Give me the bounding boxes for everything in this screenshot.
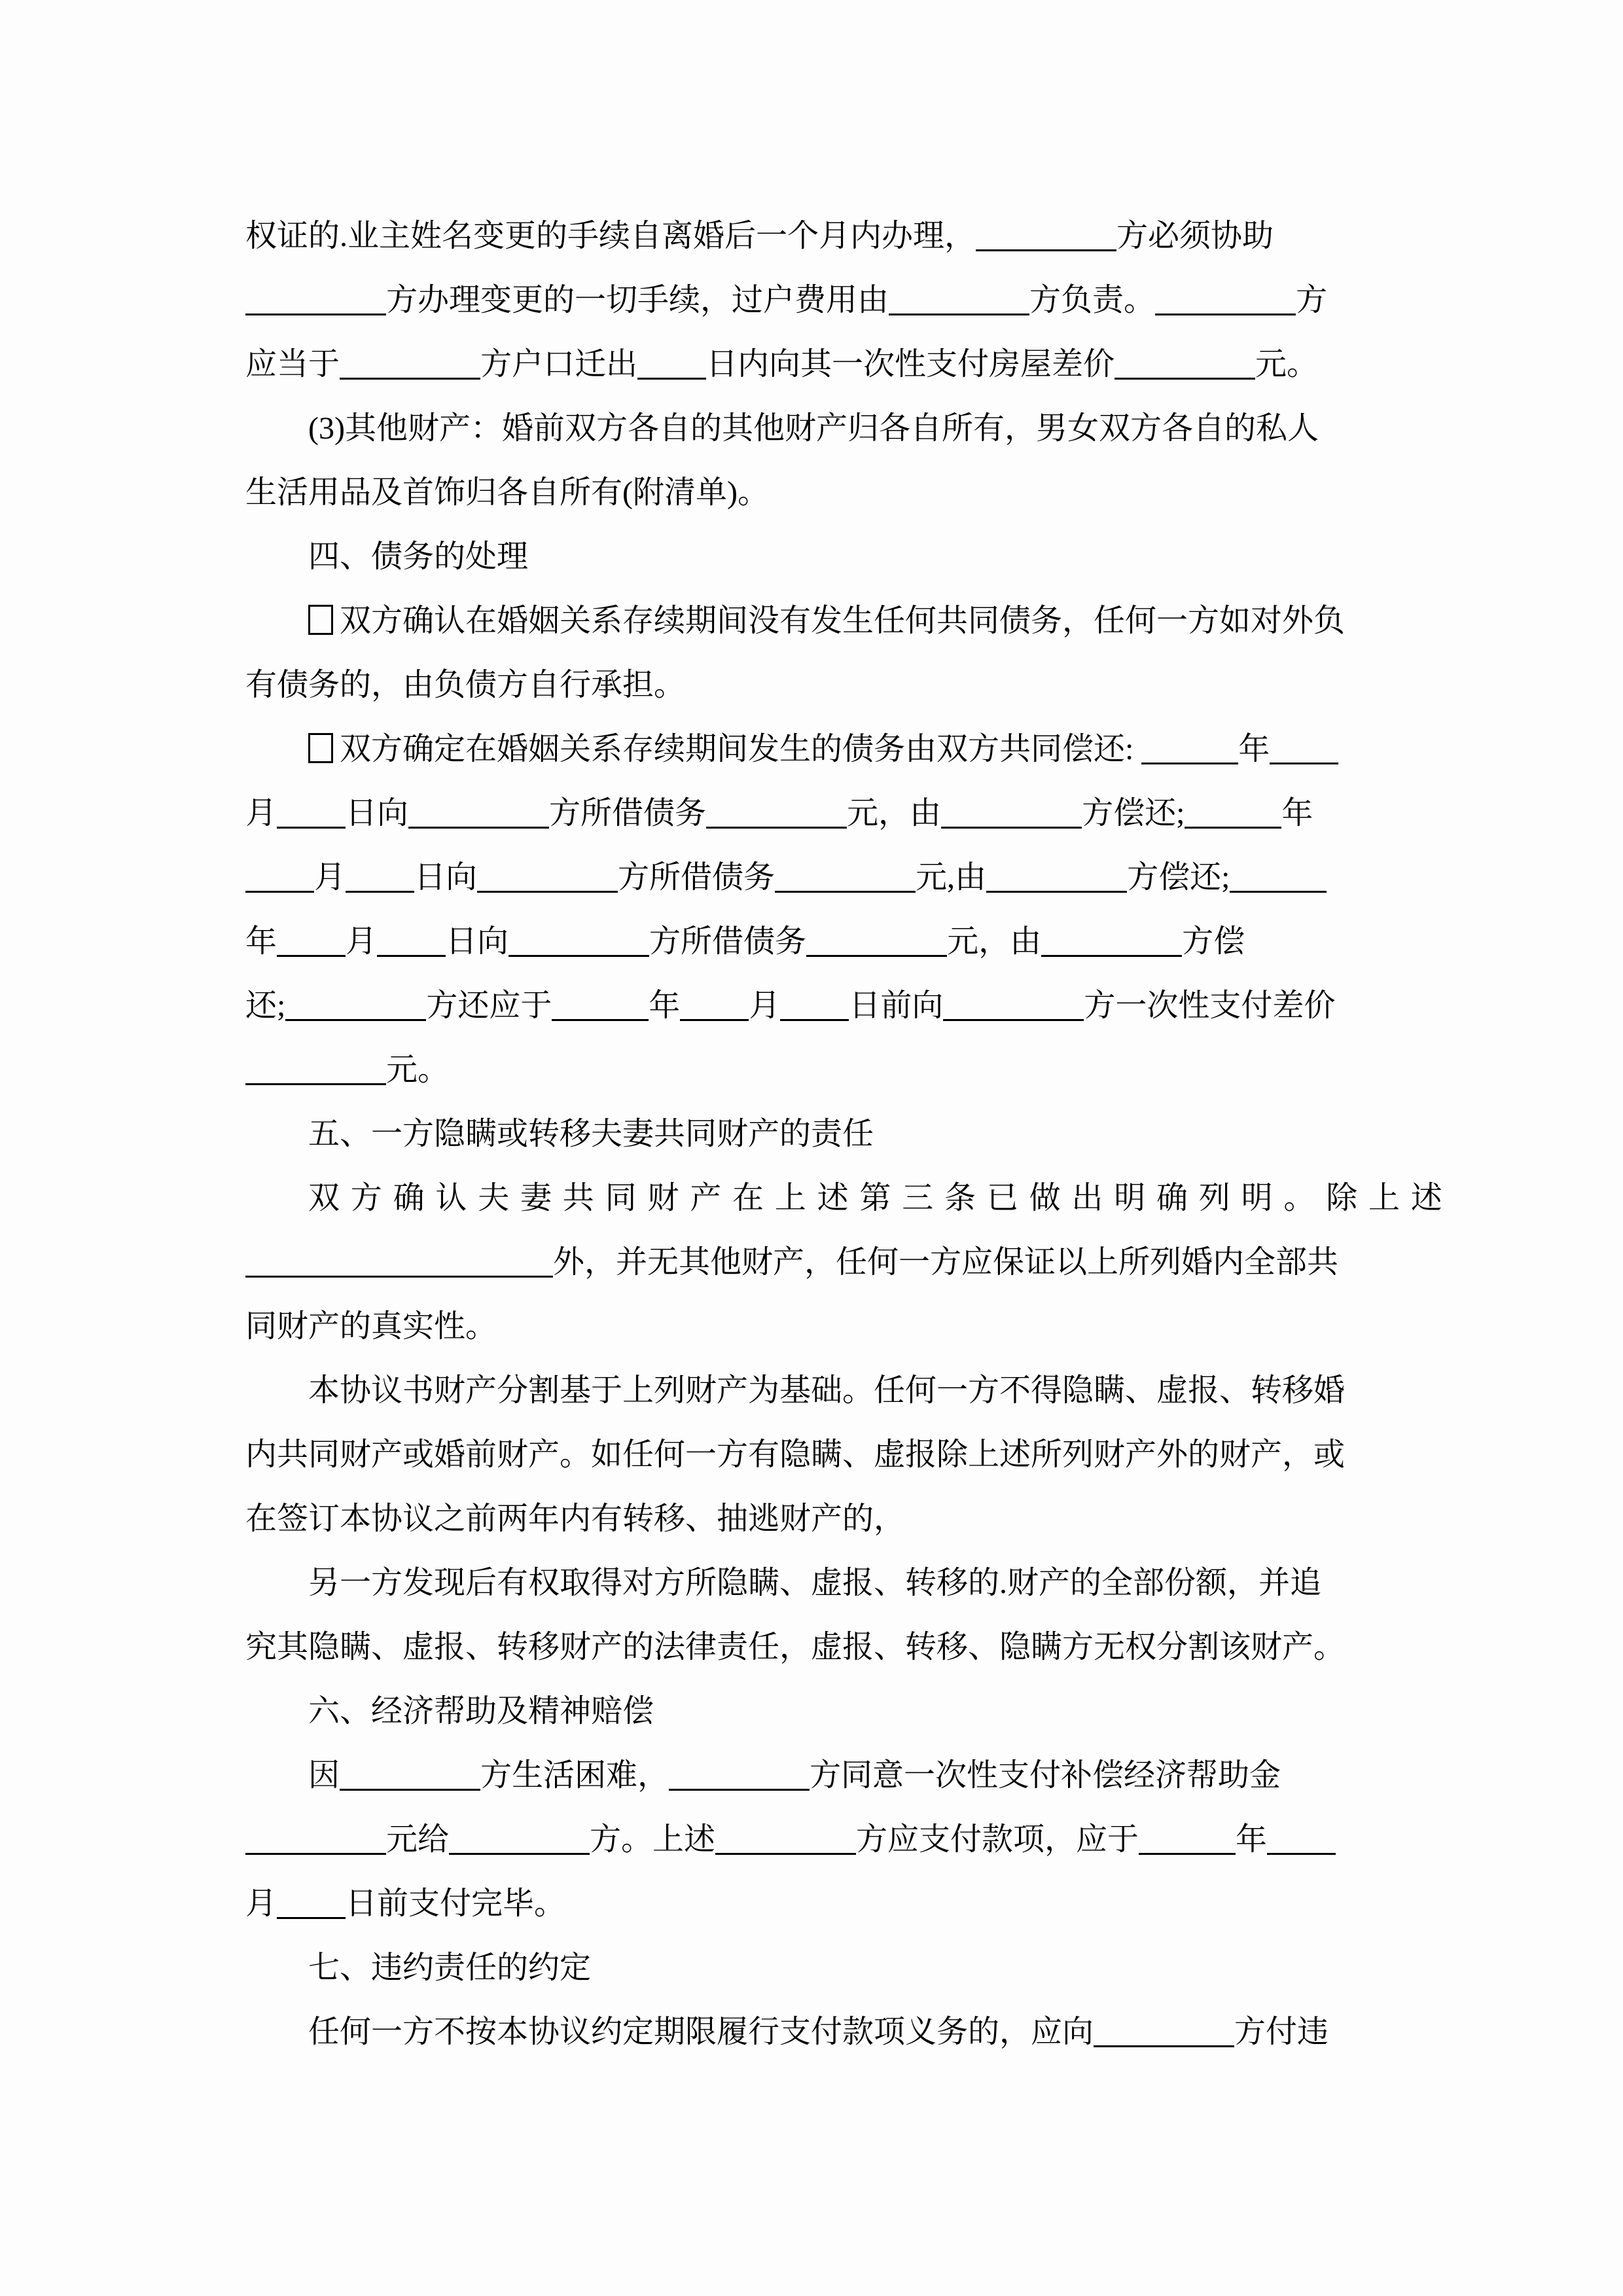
fill-in-blank xyxy=(986,865,1127,893)
text-run: 日前支付完毕。 xyxy=(346,1886,565,1921)
document-line: (3)其他财产：婚前双方各自的其他财产归各自所有，男女双方各自的私人 xyxy=(245,397,1391,461)
document-line: 本协议书财产分割基于上列财产为基础。任何一方不得隐瞒、虚报、转移婚 xyxy=(245,1359,1391,1423)
text-run: 元。 xyxy=(386,1052,449,1087)
document-line: 元。 xyxy=(245,1038,1391,1102)
fill-in-blank xyxy=(637,351,706,380)
document-line: 任何一方不按本协议约定期限履行支付款项义务的，应向方付违 xyxy=(245,2000,1391,2064)
document-body: 权证的.业主姓名变更的手续自离婚后一个月内办理，方必须协助方办理变更的一切手续，… xyxy=(245,204,1391,2064)
document-line: 五、一方隐瞒或转移夫妻共同财产的责任 xyxy=(245,1102,1391,1166)
fill-in-blank xyxy=(245,865,314,893)
text-run: 方同意一次性支付补偿经济帮助金 xyxy=(810,1758,1281,1793)
text-run: 权证的.业主姓名变更的手续自离婚后一个月内办理， xyxy=(245,219,976,253)
text-run: 生活用品及首饰归各自所有(附清单)。 xyxy=(245,475,769,510)
text-run: 方还应于 xyxy=(426,988,552,1023)
text-run: 方所借债务 xyxy=(649,924,806,959)
fill-in-blank xyxy=(780,993,849,1021)
fill-in-blank xyxy=(508,929,649,957)
fill-in-blank xyxy=(285,993,426,1021)
text-run: 元给 xyxy=(386,1822,449,1857)
document-line: 年月日向方所借债务元，由方偿 xyxy=(245,910,1391,974)
fill-in-blank xyxy=(552,993,649,1021)
text-run: 七、违约责任的约定 xyxy=(308,1950,591,1985)
fill-in-blank xyxy=(1094,2019,1234,2047)
text-run: 双方确认在婚姻关系存续期间没有发生任何共同债务，任何一方如对外负 xyxy=(340,603,1345,638)
text-run: (3)其他财产：婚前双方各自的其他财产归各自所有，男女双方各自的私人 xyxy=(308,411,1319,446)
text-run: 方户口迁出 xyxy=(480,347,637,382)
fill-in-blank xyxy=(277,800,346,829)
fill-in-blank xyxy=(941,800,1082,829)
fill-in-blank xyxy=(1230,865,1327,893)
document-line: 在签订本协议之前两年内有转移、抽逃财产的， xyxy=(245,1487,1391,1551)
text-run: 方所借债务 xyxy=(549,796,706,831)
fill-in-blank xyxy=(943,993,1084,1021)
text-run: 年 xyxy=(245,924,277,959)
text-run: 日向 xyxy=(446,924,508,959)
text-run: 外，并无其他财产，任何一方应保证以上所列婚内全部共 xyxy=(553,1245,1338,1280)
text-run: 因 xyxy=(308,1758,340,1793)
text-run: 方负责。 xyxy=(1029,283,1155,317)
text-run: 日内向其一次性支付房屋差价 xyxy=(706,347,1115,382)
document-line: 双方确定在婚姻关系存续期间发生的债务由双方共同偿还: 年 xyxy=(245,717,1391,781)
text-run: 方一次性支付差价 xyxy=(1084,988,1335,1023)
document-line: 六、经济帮助及精神赔偿 xyxy=(245,1679,1391,1744)
fill-in-blank xyxy=(346,865,414,893)
text-run: 究其隐瞒、虚报、转移财产的法律责任，虚报、转移、隐瞒方无权分割该财产。 xyxy=(245,1630,1345,1664)
document-line: 应当于方户口迁出日内向其一次性支付房屋差价元。 xyxy=(245,332,1391,397)
document-line: 月日前支付完毕。 xyxy=(245,1872,1391,1936)
text-run: 方所借债务 xyxy=(618,860,775,895)
document-line: 权证的.业主姓名变更的手续自离婚后一个月内办理，方必须协助 xyxy=(245,204,1391,268)
fill-in-blank xyxy=(1155,287,1296,315)
fill-in-blank xyxy=(1041,929,1182,957)
fill-in-blank xyxy=(277,1891,346,1919)
text-run: 方偿还; xyxy=(1127,860,1230,895)
text-run: 方生活困难， xyxy=(480,1758,669,1793)
text-run: 月 xyxy=(749,988,780,1023)
fill-in-blank xyxy=(669,1763,810,1791)
document-line: 究其隐瞒、虚报、转移财产的法律责任，虚报、转移、隐瞒方无权分割该财产。 xyxy=(245,1615,1391,1679)
text-run: 日向 xyxy=(346,796,408,831)
text-run: 元,由 xyxy=(916,860,986,895)
text-run: 在签订本协议之前两年内有转移、抽逃财产的， xyxy=(245,1501,905,1536)
fill-in-blank xyxy=(245,1057,386,1085)
text-run: 双方确认夫妻共同财产在上述第三条已做出明确列明。除上述 xyxy=(308,1181,1454,1215)
document-line: 外，并无其他财产，任何一方应保证以上所列婚内全部共 xyxy=(245,1230,1391,1295)
text-run: 月 xyxy=(245,1886,277,1921)
fill-in-blank xyxy=(775,865,916,893)
fill-in-blank xyxy=(889,287,1029,315)
document-line: 月日向方所借债务元，由方偿还;年 xyxy=(245,781,1391,846)
text-run: 内共同财产或婚前财产。如任何一方有隐瞒、虚报除上述所列财产外的财产，或 xyxy=(245,1437,1345,1472)
fill-in-blank xyxy=(715,1827,856,1855)
fill-in-blank xyxy=(245,1249,553,1278)
text-run: 同财产的真实性。 xyxy=(245,1309,497,1344)
document-line: 七、违约责任的约定 xyxy=(245,1936,1391,2000)
fill-in-blank xyxy=(806,929,947,957)
fill-in-blank xyxy=(1267,1827,1336,1855)
checkbox-icon xyxy=(308,605,333,635)
fill-in-blank xyxy=(245,287,386,315)
checkbox-icon xyxy=(308,733,333,763)
fill-in-blank xyxy=(377,929,446,957)
text-run: 方偿 xyxy=(1182,924,1245,959)
text-run: 方 xyxy=(1296,283,1327,317)
text-run: 月 xyxy=(346,924,377,959)
text-run: 四、债务的处理 xyxy=(308,539,528,574)
document-line: 元给方。上述方应支付款项，应于年 xyxy=(245,1808,1391,1872)
document-line: 方办理变更的一切手续，过户费用由方负责。方 xyxy=(245,268,1391,332)
text-run: 方偿还; xyxy=(1082,796,1185,831)
text-run: 本协议书财产分割基于上列财产为基础。任何一方不得隐瞒、虚报、转移婚 xyxy=(308,1373,1345,1408)
text-run: 五、一方隐瞒或转移夫妻共同财产的责任 xyxy=(308,1117,874,1151)
text-run: 元，由 xyxy=(847,796,941,831)
fill-in-blank xyxy=(706,800,847,829)
fill-in-blank xyxy=(340,1763,480,1791)
document-line: 双方确认夫妻共同财产在上述第三条已做出明确列明。除上述 xyxy=(245,1166,1391,1230)
text-run: 元。 xyxy=(1255,347,1318,382)
text-run: 年 xyxy=(649,988,680,1023)
fill-in-blank xyxy=(245,1827,386,1855)
text-run: 方应支付款项，应于 xyxy=(856,1822,1139,1857)
document-line: 同财产的真实性。 xyxy=(245,1295,1391,1359)
document-line: 生活用品及首饰归各自所有(附清单)。 xyxy=(245,461,1391,525)
fill-in-blank xyxy=(477,865,618,893)
text-run: 另一方发现后有权取得对方所隐瞒、虚报、转移的.财产的全部份额，并追 xyxy=(308,1566,1321,1600)
fill-in-blank xyxy=(449,1827,590,1855)
text-run: 方办理变更的一切手续，过户费用由 xyxy=(386,283,889,317)
text-run: 有债务的，由负债方自行承担。 xyxy=(245,668,685,702)
text-run: 年 xyxy=(1238,732,1270,766)
text-run: 双方确定在婚姻关系存续期间发生的债务由双方共同偿还: xyxy=(340,732,1141,766)
text-run: 应当于 xyxy=(245,347,340,382)
document-line: 因方生活困难，方同意一次性支付补偿经济帮助金 xyxy=(245,1744,1391,1808)
text-run: 方。上述 xyxy=(590,1822,715,1857)
document-line: 还;方还应于年月日前向方一次性支付差价 xyxy=(245,974,1391,1038)
text-run: 方必须协助 xyxy=(1116,219,1274,253)
text-run: 六、经济帮助及精神赔偿 xyxy=(308,1694,654,1729)
text-run: 日向 xyxy=(414,860,477,895)
fill-in-blank xyxy=(1141,736,1238,764)
fill-in-blank xyxy=(1139,1827,1236,1855)
fill-in-blank xyxy=(340,351,480,380)
document-line: 有债务的，由负债方自行承担。 xyxy=(245,653,1391,717)
fill-in-blank xyxy=(408,800,549,829)
text-run: 年 xyxy=(1236,1822,1267,1857)
text-run: 月 xyxy=(245,796,277,831)
document-line: 月日向方所借债务元,由方偿还; xyxy=(245,846,1391,910)
document-line: 内共同财产或婚前财产。如任何一方有隐瞒、虚报除上述所列财产外的财产，或 xyxy=(245,1423,1391,1487)
document-line: 另一方发现后有权取得对方所隐瞒、虚报、转移的.财产的全部份额，并追 xyxy=(245,1551,1391,1615)
text-run: 还; xyxy=(245,988,285,1023)
text-run: 元，由 xyxy=(947,924,1041,959)
fill-in-blank xyxy=(1115,351,1255,380)
document-page: 权证的.业主姓名变更的手续自离婚后一个月内办理，方必须协助方办理变更的一切手续，… xyxy=(0,0,1623,2296)
fill-in-blank xyxy=(1185,800,1281,829)
fill-in-blank xyxy=(680,993,749,1021)
fill-in-blank xyxy=(277,929,346,957)
document-line: 双方确认在婚姻关系存续期间没有发生任何共同债务，任何一方如对外负 xyxy=(245,589,1391,653)
text-run: 日前向 xyxy=(849,988,943,1023)
text-run: 方付违 xyxy=(1234,2015,1329,2049)
document-line: 四、债务的处理 xyxy=(245,525,1391,589)
text-run: 任何一方不按本协议约定期限履行支付款项义务的，应向 xyxy=(308,2015,1094,2049)
fill-in-blank xyxy=(1270,736,1338,764)
text-run: 年 xyxy=(1281,796,1313,831)
fill-in-blank xyxy=(976,223,1116,251)
text-run: 月 xyxy=(314,860,346,895)
